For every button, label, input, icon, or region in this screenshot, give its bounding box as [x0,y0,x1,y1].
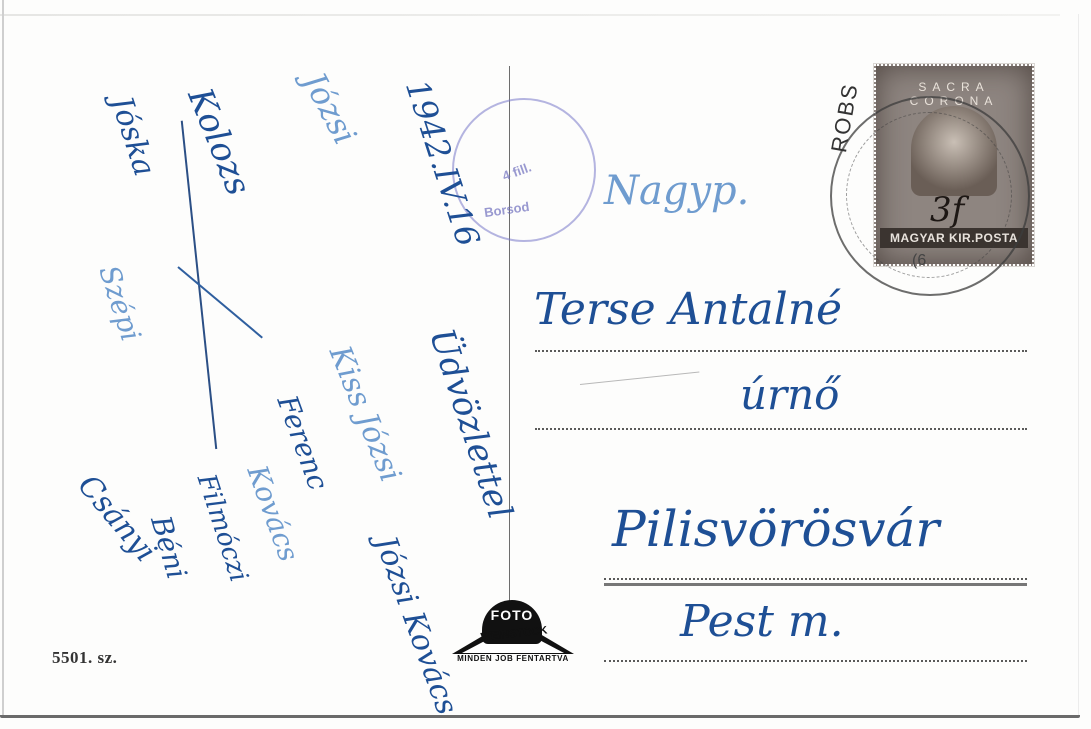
card-right-edge [1078,14,1079,716]
signature-12: Béni [144,512,193,583]
address-line-2 [535,428,1027,430]
logo-slogan: MINDEN JOB FENTARTVA [446,654,580,663]
recipient-county: Pest m. [680,596,844,647]
recipient-town: Pilisvörösvár [612,500,939,558]
signature-7: Ferenc [270,391,335,495]
address-line-3 [604,578,1027,580]
card-bottom-edge [0,715,1080,718]
address-line-4 [604,660,1027,662]
series-number: 5501. sz. [52,648,117,668]
signature-3: Józsi [295,66,364,151]
signature-2: Kolozs [179,83,258,202]
postmark-inner-ring [846,112,1012,278]
address-line-1 [535,350,1027,352]
postcard-back: 4 fill. Borsod SACRA CORONA 3f MAGYAR KI… [0,0,1091,729]
signature-flourish-stroke [177,266,263,338]
pencil-mark [580,371,699,385]
postmark-date: (6 [912,252,926,270]
card-top-edge [0,14,1060,16]
sender-note: Nagyp. [604,168,749,214]
signature-1: Jóska [103,92,161,180]
signature-4: Szépi [92,261,147,345]
signature-10: Üdvözlettel [421,324,520,524]
recipient-title: úrnő [740,370,839,419]
card-left-edge [2,0,4,716]
address-underline [604,583,1027,586]
signature-8: Filmóczi [191,470,254,585]
publisher-logo: FOTO WEINSTOCK MINDEN JOB FENTARTVA [446,598,580,666]
signature-9: Kovács [240,461,305,566]
recipient-name: Terse Antalné [534,284,842,335]
signature-6: Kiss Józsi [322,341,408,487]
